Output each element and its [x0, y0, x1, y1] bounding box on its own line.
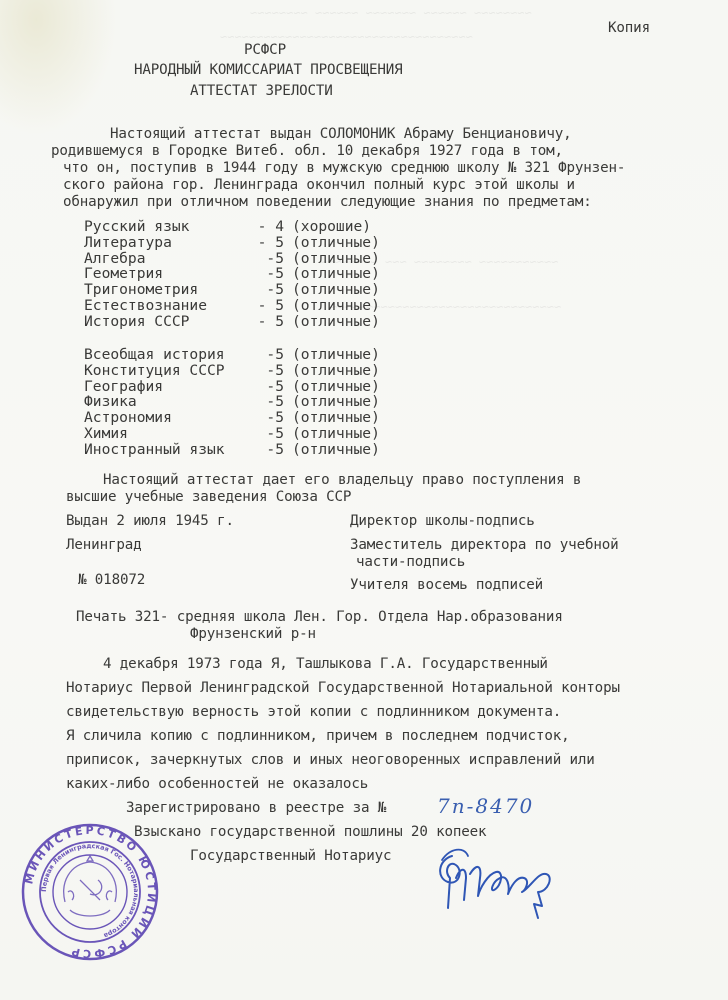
grade-word: (отличные): [292, 363, 380, 379]
grade-score: - 5: [249, 235, 284, 251]
grade-subject: Физика: [84, 394, 249, 410]
grade-score: -5: [249, 347, 284, 363]
document-title: АТТЕСТАТ ЗРЕЛОСТИ: [190, 83, 333, 99]
grade-row: Физика-5(отличные): [84, 394, 380, 410]
grade-row: Алгебра-5(отличные): [84, 251, 380, 267]
grade-row: Конституция СССР-5(отличные): [84, 363, 380, 379]
notary-title: Государственный Нотариус: [190, 848, 391, 864]
grade-subject: Конституция СССР: [84, 363, 249, 379]
grade-word: (отличные): [292, 379, 380, 395]
grade-score: -5: [249, 410, 284, 426]
director-signature-note: Директор школы-подпись: [350, 513, 535, 529]
grade-score: -5: [249, 426, 284, 442]
grade-row: Тригонометрия-5(отличные): [84, 282, 380, 298]
issue-city: Ленинград: [66, 537, 142, 553]
seal-line: Печать 321- средняя школа Лен. Гор. Отде…: [76, 609, 563, 625]
grade-row: Иностранный язык-5(отличные): [84, 442, 380, 458]
grade-subject: Геометрия: [84, 266, 249, 282]
grade-word: (хорошие): [292, 219, 371, 235]
header-ministry: НАРОДНЫЙ КОМИССАРИАТ ПРОСВЕЩЕНИЯ: [134, 62, 403, 78]
grade-subject: Астрономия: [84, 410, 249, 426]
grade-word: (отличные): [292, 251, 380, 267]
registry-label: Зарегистрировано в реестре за №: [126, 800, 386, 816]
grade-subject: История СССР: [84, 314, 249, 330]
grade-word: (отличные): [292, 347, 380, 363]
notary-line: каких-либо особенностей не оказалось: [66, 776, 368, 792]
grade-score: - 5: [249, 314, 284, 330]
copy-mark: Копия: [608, 20, 650, 36]
grade-row: Русский язык- 4(хорошие): [84, 219, 371, 235]
intro-line: что он, поступив в 1944 году в мужскую с…: [63, 160, 625, 176]
certificate-number: № 018072: [78, 572, 145, 588]
grade-subject: Всеобщая история: [84, 347, 249, 363]
seal-line-district: Фрунзенский р-н: [190, 626, 316, 642]
grade-subject: Тригонометрия: [84, 282, 249, 298]
grade-word: (отличные): [292, 266, 380, 282]
grade-subject: Алгебра: [84, 251, 249, 267]
notary-line: приписок, зачеркнутых слов и иных неогов…: [66, 752, 595, 768]
grade-row: География-5(отличные): [84, 379, 380, 395]
grade-word: (отличные): [292, 298, 380, 314]
grade-word: (отличные): [292, 282, 380, 298]
grade-row: Естествознание- 5(отличные): [84, 298, 380, 314]
grade-row: История СССР- 5(отличные): [84, 314, 380, 330]
intro-line: обнаружил при отличном поведении следующ…: [63, 194, 592, 210]
deputy-signature-note-2: части-подпись: [356, 554, 465, 570]
document-page: ~~~~~~~~ ~~~~~~ ~~~~~~~ ~~~~~~ ~~~~~~~~ …: [0, 0, 728, 1000]
grade-score: -5: [249, 442, 284, 458]
grade-subject: Литература: [84, 235, 249, 251]
grade-score: -5: [249, 282, 284, 298]
notary-line: 4 декабря 1973 года Я, Ташлыкова Г.А. Го…: [103, 656, 548, 672]
grade-subject: Иностранный язык: [84, 442, 249, 458]
grade-word: (отличные): [292, 426, 380, 442]
grade-word: (отличные): [292, 410, 380, 426]
header-republic: РСФСР: [244, 42, 286, 58]
grade-row: Астрономия-5(отличные): [84, 410, 380, 426]
grade-score: -5: [249, 363, 284, 379]
grade-subject: Русский язык: [84, 219, 249, 235]
intro-line: родившемуся в Городке Витеб. обл. 10 дек…: [51, 143, 563, 159]
grade-score: -5: [249, 251, 284, 267]
grade-word: (отличные): [292, 314, 380, 330]
rights-line: Настоящий аттестат дает его владельцу пр…: [103, 472, 581, 488]
notary-stamp-seal: МИНИСТЕРСТВО ЮСТИЦИИ РСФСР Первая Ленинг…: [20, 822, 160, 962]
grade-word: (отличные): [292, 235, 380, 251]
grade-score: - 5: [249, 298, 284, 314]
grade-subject: География: [84, 379, 249, 395]
intro-line: ского района гор. Ленинграда окончил пол…: [63, 177, 575, 193]
grade-word: (отличные): [292, 442, 380, 458]
intro-line: Настоящий аттестат выдан СОЛОМОНИК Абрам…: [110, 126, 572, 142]
grade-score: -5: [249, 379, 284, 395]
notary-signature: [430, 838, 570, 933]
grade-score: -5: [249, 266, 284, 282]
notary-line: свидетельствую верность этой копии с под…: [66, 704, 561, 720]
rights-line: высшие учебные заведения Союза ССР: [66, 489, 351, 505]
grade-score: -5: [249, 394, 284, 410]
notary-line: Нотариус Первой Ленинградской Государств…: [66, 680, 620, 696]
issue-date: Выдан 2 июля 1945 г.: [66, 513, 234, 529]
teachers-signature-note: Учителя восемь подписей: [350, 577, 543, 593]
grade-row: Химия-5(отличные): [84, 426, 380, 442]
show-through-text: ~~~~~~~~ ~~~~~~ ~~~~~~~ ~~~~~~ ~~~~~~~~: [250, 6, 532, 20]
deputy-signature-note: Заместитель директора по учебной: [350, 537, 619, 553]
grade-row: Геометрия-5(отличные): [84, 266, 380, 282]
grade-score: - 4: [249, 219, 284, 235]
registry-number-handwritten: 7п-8470: [437, 794, 534, 818]
grade-word: (отличные): [292, 394, 380, 410]
grade-subject: Химия: [84, 426, 249, 442]
notary-line: Я сличила копию с подлинником, причем в …: [66, 728, 570, 744]
grade-row: Всеобщая история-5(отличные): [84, 347, 380, 363]
grade-row: Литература- 5(отличные): [84, 235, 380, 251]
grade-subject: Естествознание: [84, 298, 249, 314]
